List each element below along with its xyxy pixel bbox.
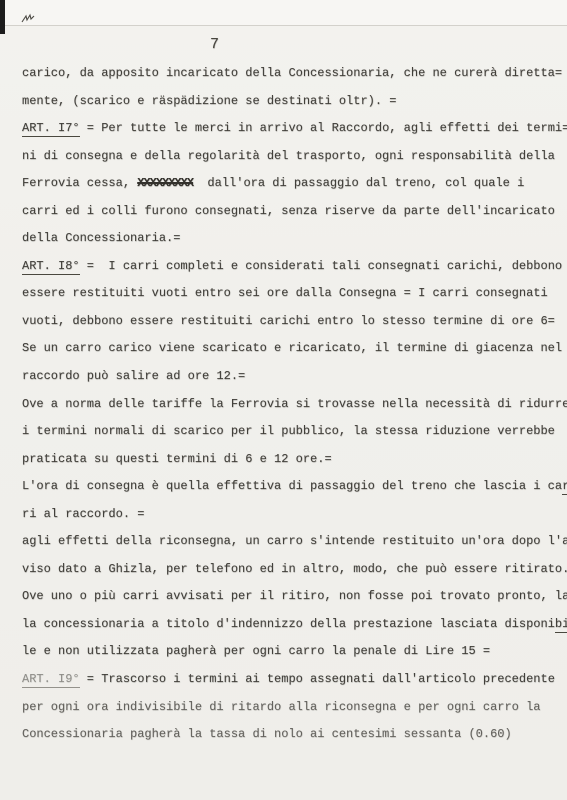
article-17-heading-line: ART. I7° = Per tutte le merci in arrivo … [22, 115, 567, 143]
heading-separator: = [80, 259, 109, 273]
typed-line: Se un carro carico viene scaricato e ric… [22, 335, 567, 363]
typed-line: praticata su questi termini di 6 e 12 or… [22, 446, 567, 474]
typed-line: raccordo può salire ad ore 12.= [22, 363, 567, 391]
scan-edge-strip [0, 0, 567, 26]
line-text: Ferrovia cessa, [22, 176, 137, 190]
typed-text-block: carico, da apposito incaricato della Con… [22, 60, 567, 749]
typed-line: carri ed i colli furono consegnati, senz… [22, 198, 567, 226]
heading-separator: = [80, 121, 102, 135]
typed-line: essere restituiti vuoti entro sei ore da… [22, 280, 567, 308]
typed-line: le e non utilizzata pagherà per ogni car… [22, 638, 567, 666]
article-19-heading-line: ART. I9° = Trascorso i termini ai tempo … [22, 666, 567, 694]
typed-line-wrap-underline: agli effetti della riconsegna, un carro … [22, 528, 567, 556]
underlined-syllable: r [562, 479, 567, 495]
line-text: Per tutte le merci in arrivo al Raccordo… [101, 121, 567, 135]
article-18-heading-line: ART. I8° = I carri completi e considerat… [22, 253, 567, 281]
typed-line-wrap-underline: la concessionaria a titolo d'indennizzo … [22, 611, 567, 639]
typed-line: della Concessionaria.= [22, 225, 567, 253]
scan-edge-bar [0, 0, 5, 34]
article-18-heading: ART. I8° [22, 259, 80, 275]
scanned-document-page: 7 carico, da apposito incaricato della C… [0, 0, 567, 800]
heading-separator: = [80, 672, 102, 686]
line-text: L'ora di consegna è quella effettiva di … [22, 479, 562, 493]
typed-line: ri al raccordo. = [22, 501, 567, 529]
ink-scribble-mark [20, 13, 36, 25]
line-text: dall'ora di passaggio dal treno, col qua… [193, 176, 524, 190]
typed-line: Ove a norma delle tariffe la Ferrovia si… [22, 391, 567, 419]
typed-line: viso dato a Ghizla, per telefono ed in a… [22, 556, 567, 584]
underlined-syllable: bi [555, 617, 567, 633]
article-19-heading: ART. I9° [22, 672, 80, 688]
struck-out-text: XXXXXXXXX [137, 176, 193, 190]
article-17-heading: ART. I7° [22, 121, 80, 137]
line-text: agli effetti della riconsegna, un carro … [22, 534, 567, 548]
typed-line: carico, da apposito incaricato della Con… [22, 60, 567, 88]
typed-line-wrap-underline: L'ora di consegna è quella effettiva di … [22, 473, 567, 501]
page-number: 7 [210, 36, 220, 53]
typed-line: Ove uno o più carri avvisati per il riti… [22, 583, 567, 611]
typed-line: Concessionaria pagherà la tassa di nolo … [22, 721, 567, 749]
typed-line-with-strikeout: Ferrovia cessa, XXXXXXXXX dall'ora di pa… [22, 170, 567, 198]
typed-line: ni di consegna e della regolarità del tr… [22, 143, 567, 171]
typed-line: mente, (scarico e räspädizione se destin… [22, 88, 567, 116]
typed-line: i termini normali di scarico per il pubb… [22, 418, 567, 446]
line-text: Trascorso i termini ai tempo assegnati d… [101, 672, 555, 686]
line-text: I carri completi e considerati tali cons… [108, 259, 562, 273]
typed-line: per ogni ora indivisibile di ritardo all… [22, 694, 567, 722]
line-text: la concessionaria a titolo d'indennizzo … [22, 617, 555, 631]
typed-line: vuoti, debbono essere restituiti carichi… [22, 308, 567, 336]
